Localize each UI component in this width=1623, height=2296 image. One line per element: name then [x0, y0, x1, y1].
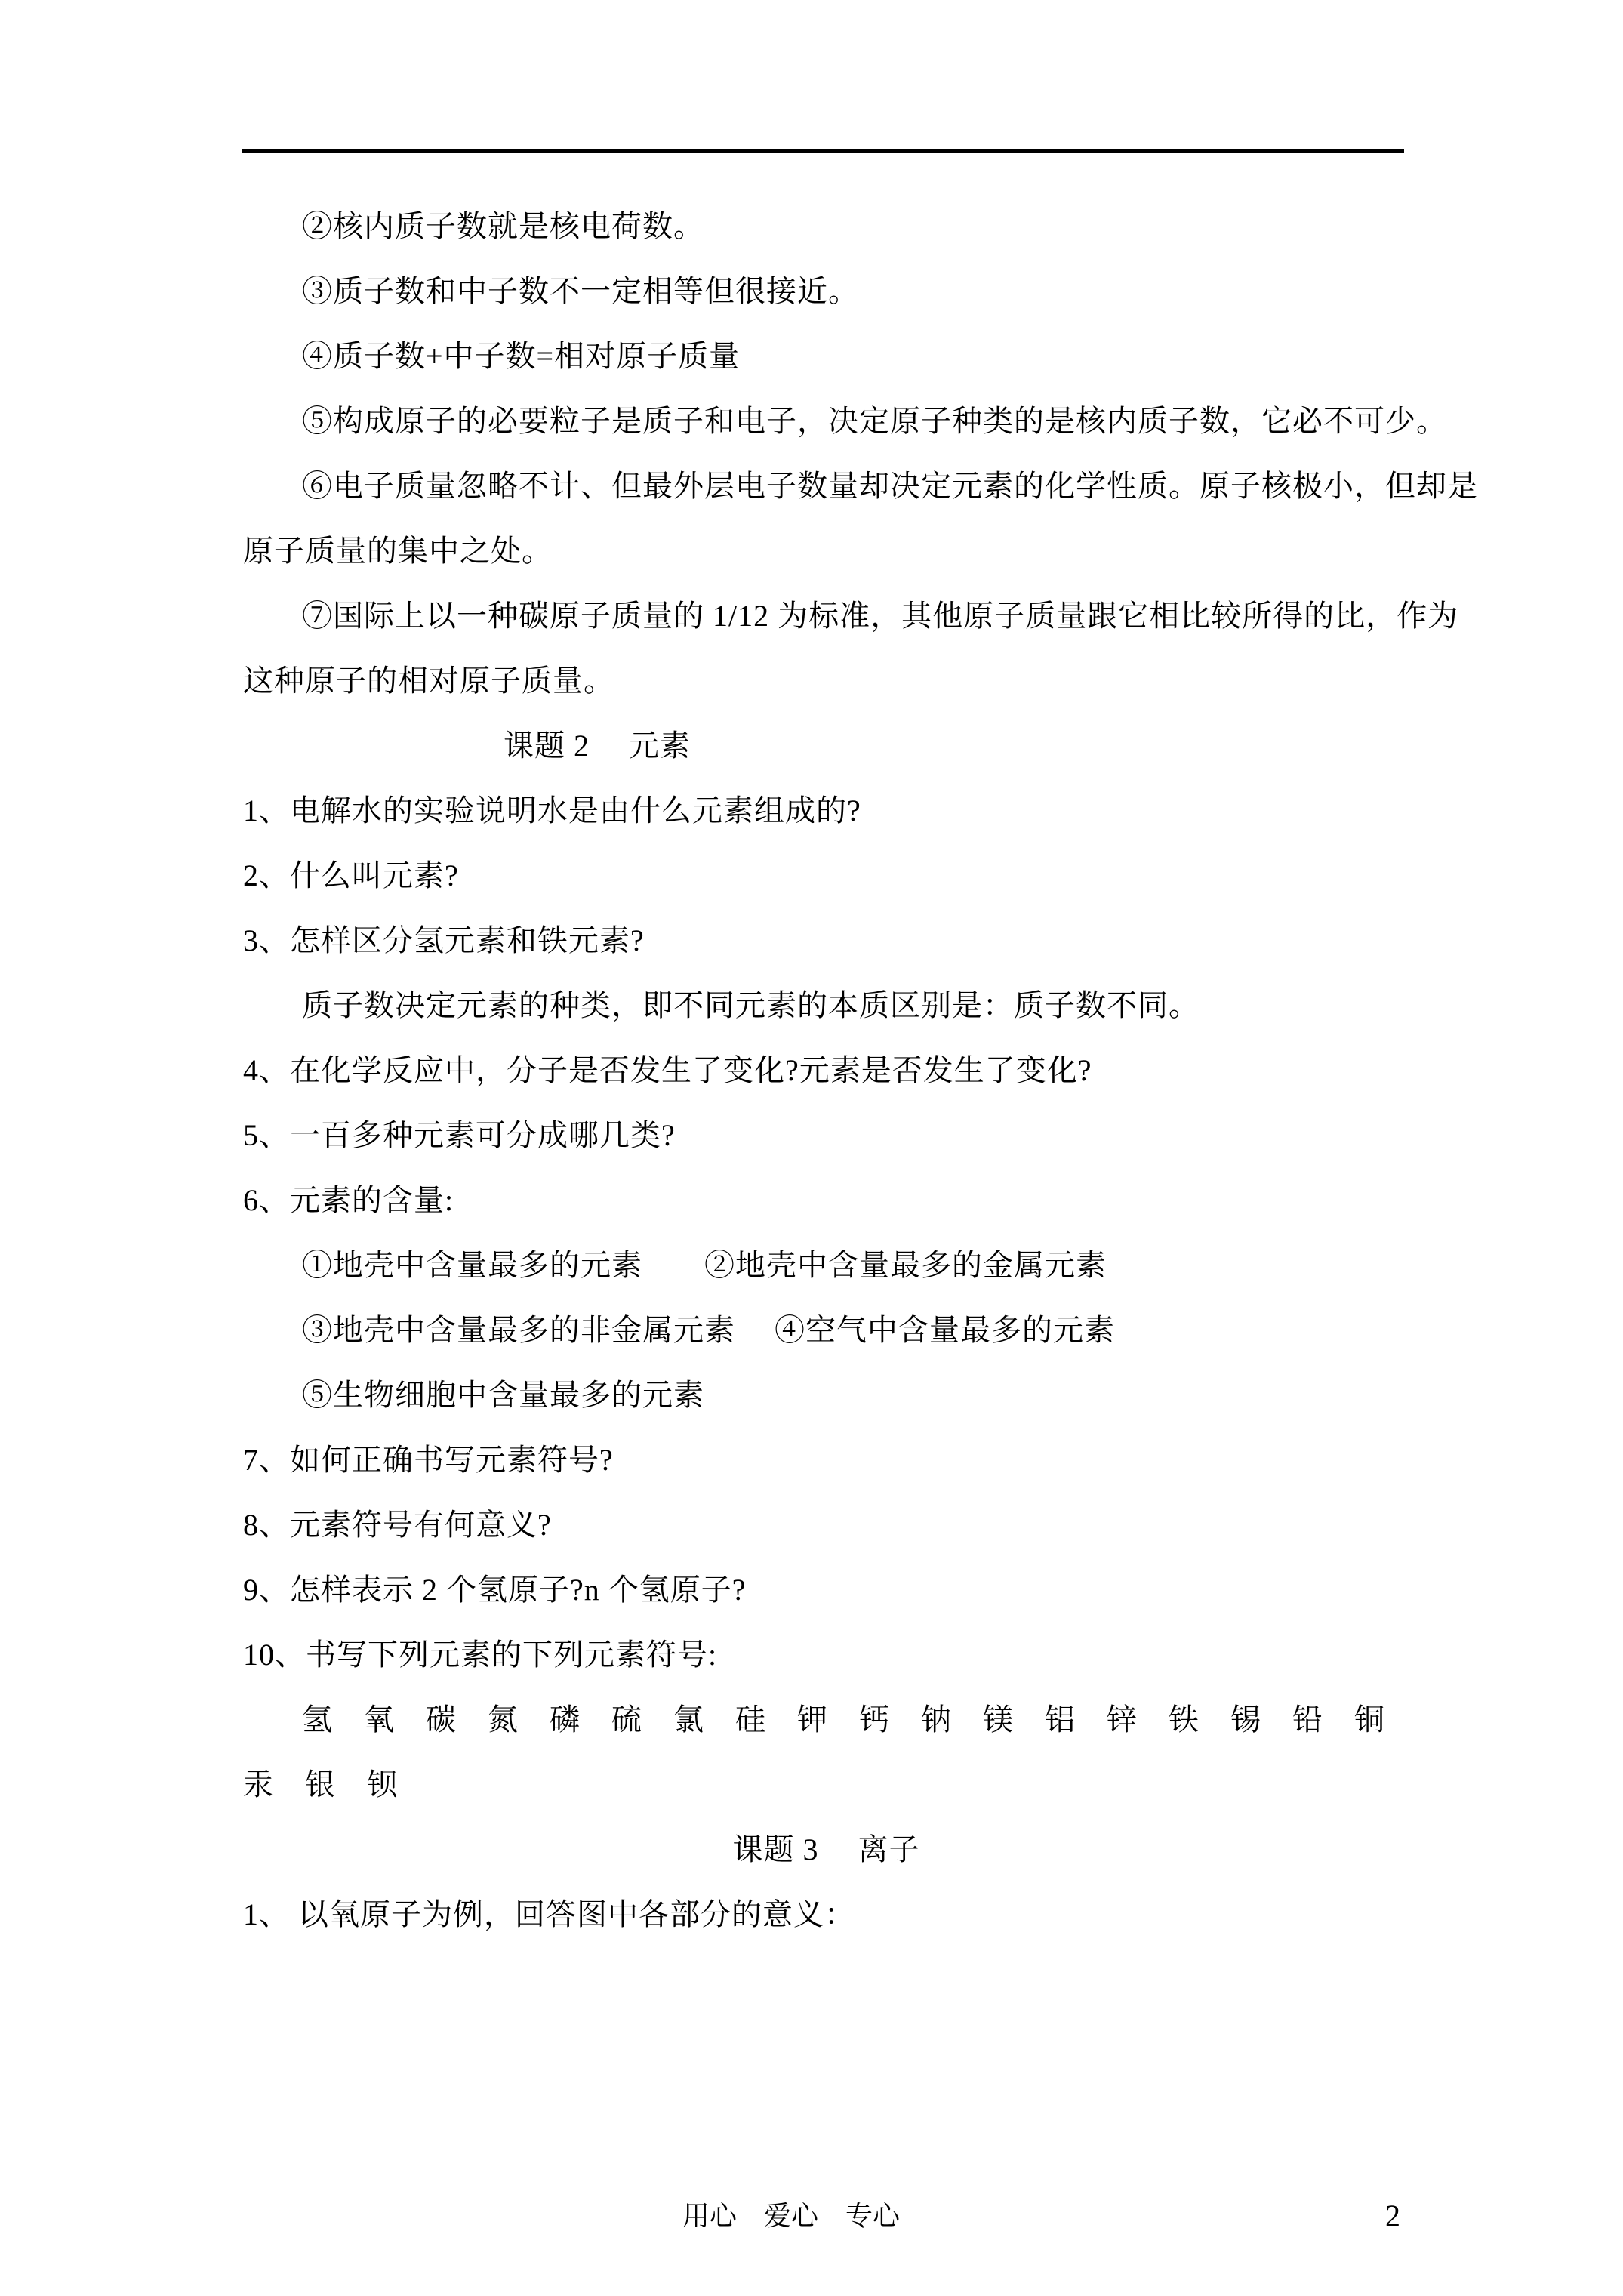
text-line: 2、什么叫元素?	[243, 843, 1409, 908]
text-line: ⑤构成原子的必要粒子是质子和电子，决定原子种类的是核内质子数，它必不可少。	[243, 389, 1409, 454]
document-page: ②核内质子数就是核电荷数。③质子数和中子数不一定相等但很接近。④质子数+中子数=…	[0, 0, 1623, 2296]
text-line: 质子数决定元素的种类，即不同元素的本质区别是：质子数不同。	[243, 973, 1409, 1038]
text-line: 氢 氧 碳 氮 磷 硫 氯 硅 钾 钙 钠 镁 铝 锌 铁 锡 铅 铜	[243, 1687, 1409, 1752]
text-line: 9、怎样表示 2 个氢原子?n 个氢原子?	[243, 1558, 1409, 1623]
text-line: 7、如何正确书写元素符号?	[243, 1428, 1409, 1493]
document-body: ②核内质子数就是核电荷数。③质子数和中子数不一定相等但很接近。④质子数+中子数=…	[243, 194, 1409, 1947]
text-line: ③地壳中含量最多的非金属元素 ④空气中含量最多的元素	[243, 1298, 1409, 1363]
page-number: 2	[1370, 2184, 1415, 2248]
text-line: 这种原子的相对原子质量。	[243, 649, 1409, 713]
text-line: ③质子数和中子数不一定相等但很接近。	[243, 259, 1409, 324]
text-line: ④质子数+中子数=相对原子质量	[243, 324, 1409, 389]
page-footer: 用心 爱心 专心	[243, 2184, 1406, 2248]
text-line: 3、怎样区分氢元素和铁元素?	[243, 908, 1409, 973]
text-line: 1、 以氧原子为例，回答图中各部分的意义：	[243, 1882, 1409, 1947]
text-line: ⑦国际上以一种碳原子质量的 1/12 为标准，其他原子质量跟它相比较所得的比，作…	[243, 584, 1409, 649]
text-line: 6、元素的含量:	[243, 1168, 1409, 1233]
text-line: 原子质量的集中之处。	[243, 519, 1409, 584]
text-line: 10、书写下列元素的下列元素符号:	[243, 1623, 1409, 1687]
text-line: ②核内质子数就是核电荷数。	[243, 194, 1409, 259]
text-line: 5、一百多种元素可分成哪几类?	[243, 1103, 1409, 1168]
text-line: ⑥电子质量忽略不计、但最外层电子数量却决定元素的化学性质。原子核极小，但却是	[243, 454, 1409, 519]
text-line: ①地壳中含量最多的元素 ②地壳中含量最多的金属元素	[243, 1233, 1409, 1298]
text-line: 课题 3 离子	[243, 1817, 1409, 1882]
text-line: 1、电解水的实验说明水是由什么元素组成的?	[243, 778, 1409, 843]
text-line: ⑤生物细胞中含量最多的元素	[243, 1363, 1409, 1428]
header-rule	[242, 149, 1404, 153]
text-line: 课题 2 元素	[243, 713, 1409, 778]
text-line: 8、元素符号有何意义?	[243, 1493, 1409, 1558]
text-line: 汞 银 钡	[243, 1752, 1409, 1817]
text-line: 4、在化学反应中，分子是否发生了变化?元素是否发生了变化?	[243, 1038, 1409, 1103]
